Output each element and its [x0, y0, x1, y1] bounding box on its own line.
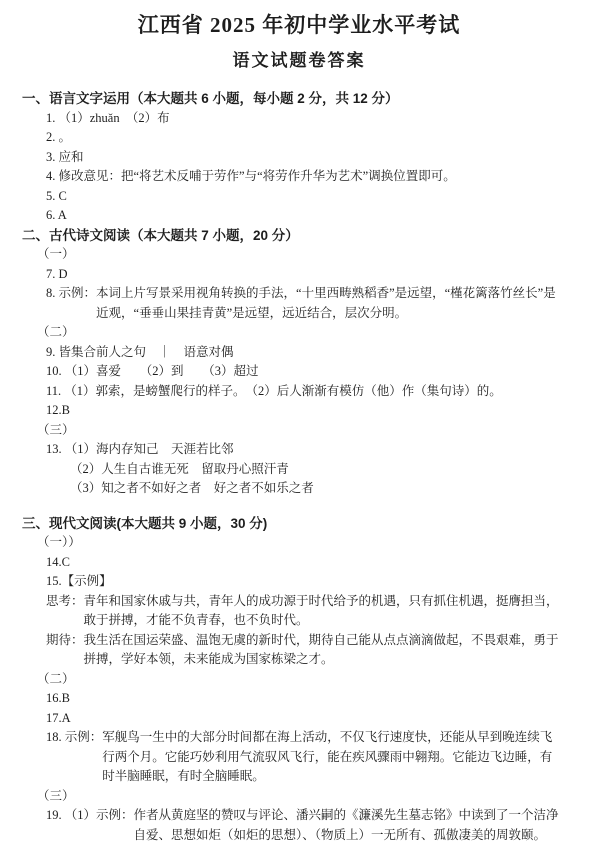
answer-q19-text: 作者从黄庭坚的赞叹与评论、潘兴嗣的《濂溪先生墓志铭》中读到了一个洁净自爱、思想如…: [134, 806, 582, 845]
answer-q15-think-text: 青年和国家休戚与共，青年人的成功源于时代给予的机遇，只有抓住机遇，挺膺担当，敢于…: [84, 592, 582, 631]
answer-q15-think-label: 思考：: [46, 592, 84, 631]
section3-heading: 三、现代文阅读(本大题共 9 小题，30 分): [22, 514, 598, 534]
answer-sheet-page: 江西省 2025 年初中学业水平考试 语文试题卷答案 一、语言文字运用（本大题共…: [0, 0, 598, 848]
answer-q3: 3. 应和: [46, 148, 598, 168]
answer-q15-expect: 期待： 我生活在国运荣盛、温饱无虞的新时代，期待自己能从点点滴滴做起，不畏艰难，…: [46, 631, 598, 670]
answer-q19: 19. （1）示例： 作者从黄庭坚的赞叹与评论、潘兴嗣的《濂溪先生墓志铭》中读到…: [46, 806, 598, 845]
answer-q8-label: 8. 示例：: [46, 284, 96, 323]
answer-q4: 4. 修改意见：把“将艺术反哺于劳作”与“将劳作升华为艺术”调换位置即可。: [46, 167, 598, 187]
answer-q15-expect-label: 期待：: [46, 631, 84, 670]
answer-q14: 14.C: [46, 553, 598, 573]
answer-q8: 8. 示例： 本词上片写景采用视角转换的手法，“十里西畴熟稻香”是远望，“槿花篱…: [46, 284, 598, 323]
answer-q13-line3: （3）知之者不如好之者 好之者不如乐之者: [70, 479, 598, 499]
answer-q5: 5. C: [46, 187, 598, 207]
section2-part2-label: （二）: [37, 323, 598, 343]
answer-q7: 7. D: [46, 265, 598, 285]
section3-part2-label: （二）: [37, 670, 598, 690]
answer-q15-expect-text: 我生活在国运荣盛、温饱无虞的新时代，期待自己能从点点滴滴做起，不畏艰难，勇于拼搏…: [84, 631, 582, 670]
section2-part3-label: （三）: [37, 421, 598, 441]
answer-q9: 9. 皆集合前人之句 ｜ 语意对偶: [46, 343, 598, 363]
answer-q13-line1: 13. （1）海内存知己 天涯若比邻: [46, 440, 598, 460]
answer-q6: 6. A: [46, 206, 598, 226]
doc-title: 江西省 2025 年初中学业水平考试: [0, 0, 598, 38]
answer-q11: 11. （1）郭索，是螃蟹爬行的样子。 （2）后人渐渐有模仿（他）作（集句诗）的…: [46, 382, 598, 402]
answer-q17: 17.A: [46, 709, 598, 729]
answer-q12: 12.B: [46, 401, 598, 421]
answer-q8-text: 本词上片写景采用视角转换的手法，“十里西畴熟稻香”是远望，“槿花篱落竹丝长”是近…: [96, 284, 582, 323]
answer-q2: 2. 。: [46, 128, 598, 148]
answer-q16: 16.B: [46, 689, 598, 709]
section2-heading: 二、古代诗文阅读（本大题共 7 小题，20 分）: [22, 226, 598, 246]
answer-q18: 18. 示例： 军舰鸟一生中的大部分时间都在海上活动，不仅飞行速度快，还能从早到…: [46, 728, 598, 787]
section3-part3-label: （三）: [37, 787, 598, 807]
answer-q19-label: 19. （1）示例：: [46, 806, 134, 845]
answer-q13-line2: （2）人生自古谁无死 留取丹心照汗青: [70, 460, 598, 480]
doc-subtitle: 语文试题卷答案: [0, 50, 598, 72]
answer-q18-label: 18. 示例：: [46, 728, 102, 787]
answer-q10: 10. （1）喜爱 （2）到 （3）超过: [46, 362, 598, 382]
answer-q1: 1. （1）zhuǎn （2）布: [46, 109, 598, 129]
section3-part1-label: （一））: [37, 533, 598, 553]
answer-q15-think: 思考： 青年和国家休戚与共，青年人的成功源于时代给予的机遇，只有抓住机遇，挺膺担…: [46, 592, 598, 631]
section1-heading: 一、语言文字运用（本大题共 6 小题，每小题 2 分，共 12 分）: [22, 89, 598, 109]
answer-q15: 15.【示例】: [46, 572, 598, 592]
answer-q18-text: 军舰鸟一生中的大部分时间都在海上活动，不仅飞行速度快，还能从早到晚连续飞行两个月…: [102, 728, 582, 787]
section2-part1-label: （一）: [37, 245, 598, 265]
